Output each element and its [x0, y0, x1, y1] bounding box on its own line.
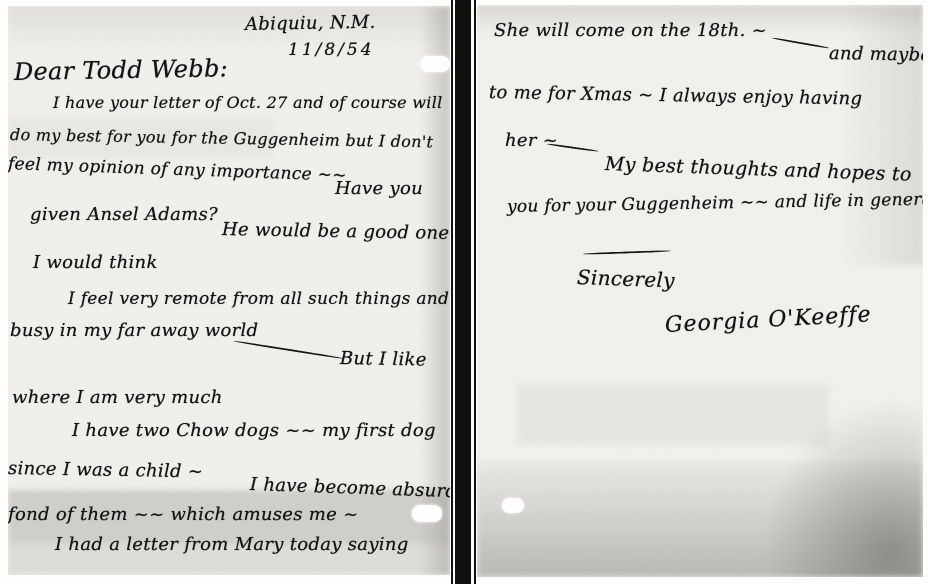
- pen-flourish: [583, 250, 671, 255]
- letter-place: Abiquiu, N.M.: [245, 12, 376, 35]
- pen-dash: [772, 37, 829, 49]
- page-gutter-line: [474, 0, 476, 584]
- hole-punch: [412, 505, 442, 522]
- signature: Georgia O'Keeffe: [664, 302, 872, 338]
- salutation: Dear Todd Webb:: [14, 54, 228, 86]
- letter-line: fond of them ~~ which amuses me ~: [8, 504, 359, 525]
- letter-page-1: Abiquiu, N.M. 11/8/54 Dear Todd Webb: I …: [8, 6, 450, 575]
- letter-line: I have become absurdly: [250, 474, 450, 503]
- hole-punch: [502, 498, 524, 513]
- letter-line: I have two Chow dogs ~~ my first dog: [72, 420, 436, 441]
- letter-line: My best thoughts and hopes to: [605, 153, 912, 186]
- scan-smudge: [763, 397, 923, 577]
- hole-punch: [420, 56, 450, 72]
- scanned-letter: Abiquiu, N.M. 11/8/54 Dear Todd Webb: I …: [0, 0, 928, 584]
- letter-line: her ~: [505, 130, 558, 151]
- letter-line: I had a letter from Mary today saying: [55, 534, 409, 555]
- letter-line: She will come on the 18th. ~: [494, 20, 767, 41]
- letter-line: I feel very remote from all such things …: [68, 289, 449, 309]
- letter-line: feel my opinion of any importance ~~: [8, 154, 347, 186]
- letter-line: given Ansel Adams?: [30, 204, 218, 225]
- pen-dash: [233, 340, 344, 359]
- letter-line: I would think: [33, 252, 158, 273]
- scan-smudge: [517, 385, 829, 445]
- letter-line: since I was a child ~: [8, 458, 203, 482]
- page-gutter-bar: [455, 0, 471, 584]
- letter-line: where I am very much: [12, 387, 223, 408]
- page-gutter-line: [451, 0, 453, 584]
- letter-line: busy in my far away world: [10, 320, 258, 341]
- scan-smudge: [477, 462, 923, 577]
- closing: Sincerely: [577, 265, 676, 292]
- letter-line: do my best for you for the Guggenheim bu…: [10, 125, 434, 151]
- letter-line: But I like: [340, 348, 427, 371]
- letter-date: 11/8/54: [288, 40, 375, 60]
- letter-line: I have your letter of Oct. 27 and of cou…: [53, 93, 443, 112]
- letter-line: and maybe: [829, 43, 923, 66]
- letter-line: He would be a good one: [222, 219, 450, 244]
- letter-page-2: She will come on the 18th. ~ and maybe t…: [477, 5, 923, 577]
- letter-line: Have you: [335, 178, 423, 199]
- letter-line: you for your Guggenheim ~~ and life in g…: [507, 189, 923, 217]
- scan-smudge: [8, 6, 450, 52]
- letter-line: to me for Xmas ~ I always enjoy having: [489, 82, 863, 110]
